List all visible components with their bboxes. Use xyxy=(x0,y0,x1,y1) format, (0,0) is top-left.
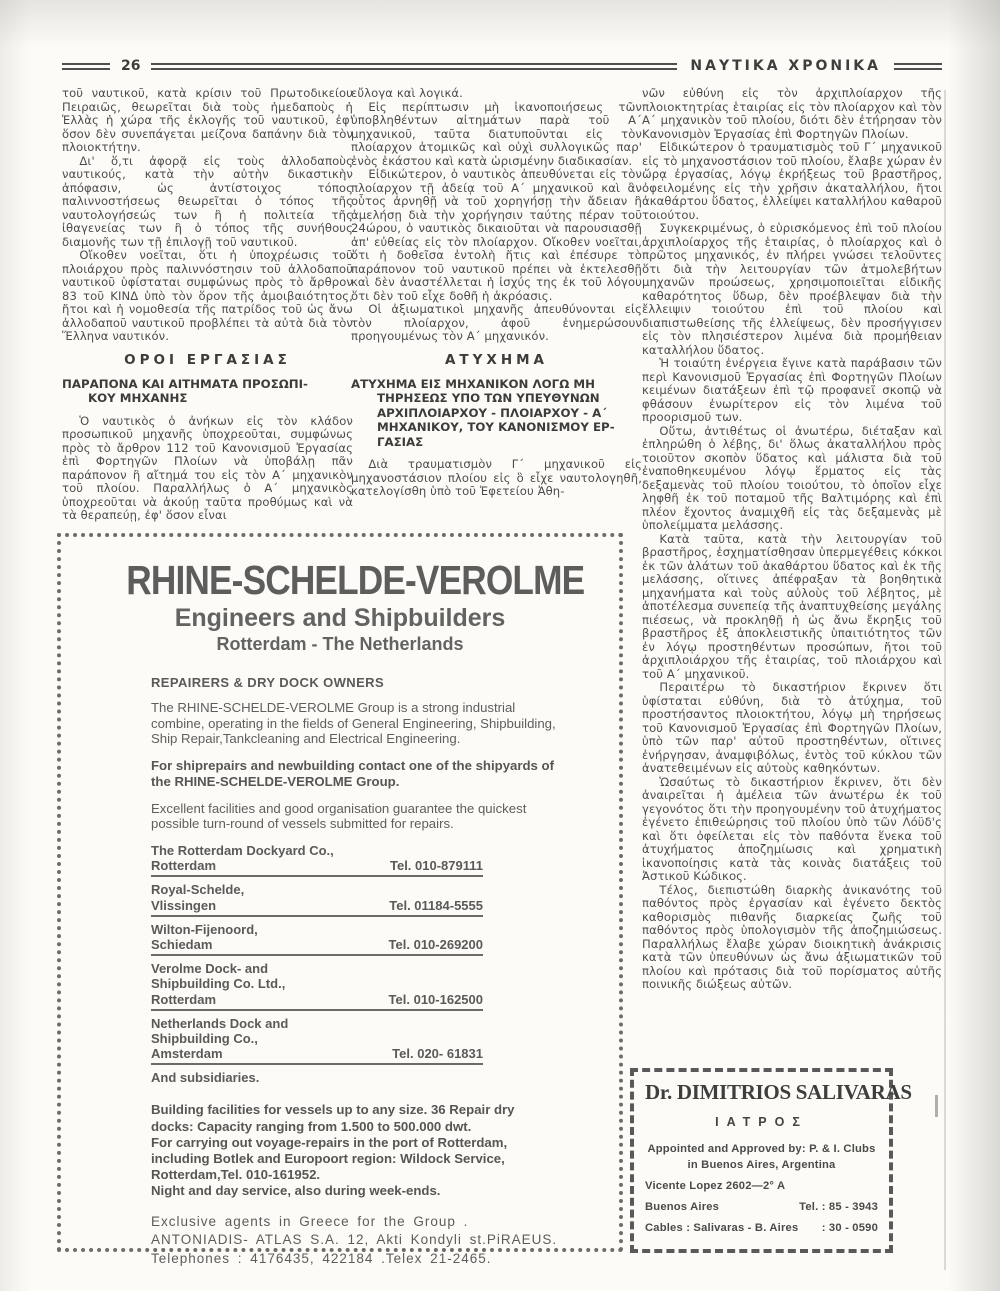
shipyard-name: The Rotterdam Dockyard Co., Rotterdam xyxy=(151,843,334,873)
approved-line: Appointed and Approved by: P. & I. Clubs xyxy=(645,1143,878,1155)
ad-paragraph: The RHINE-SCHELDE-VEROLME Group is a str… xyxy=(151,700,563,747)
section-heading-oroi-ergasias: ΟΡΟΙ ΕΡΓΑΣΙΑΣ xyxy=(62,352,353,368)
cables-number: : 30 - 0590 xyxy=(822,1222,878,1234)
article-subheading: ΠΑΡΑΠΟΝΑ ΚΑΙ ΑΙΤΗΜΑΤΑ ΠΡΟΣΩΠΙ- ΚΟΥ ΜΗΧΑΝ… xyxy=(62,377,353,406)
paragraph: Ἡ τοιαύτη ἐνέργεια ἔγινε κατὰ παράβασιν … xyxy=(642,357,942,425)
column-left: τοῦ ναυτικοῦ, κατὰ κρίσιν τοῦ Πρωτοδικεί… xyxy=(62,87,353,523)
salivaras-ad: Dr. DIMITRIOS SALIVARAS ΙΑΤΡΟΣ Appointed… xyxy=(630,1068,893,1253)
ad-owners-heading: REPAIRERS & DRY DOCK OWNERS xyxy=(151,675,563,690)
paragraph: εὔλογα καὶ λογικά. xyxy=(351,87,642,101)
cables-label: Cables : Salivaras - B. Aires xyxy=(645,1222,798,1234)
journal-title: ΝΑΥΤΙΚΑ ΧΡΟΝΙΚΑ xyxy=(690,58,881,74)
paragraph: Οὕτω, ἀντιθέτως οἱ ἀνωτέρω, διέταξαν καὶ… xyxy=(642,425,942,533)
paragraph: Δι' ὅ,τι ἀφορᾷ εἰς τοὺς ἀλλοδαποὺς ναυτι… xyxy=(62,155,353,250)
paragraph: Συγκεκριμένως, ὁ εὑρισκόμενος ἐπὶ τοῦ πλ… xyxy=(642,222,942,357)
city-label: Buenos Aires xyxy=(645,1201,719,1213)
ad-subtitle: Engineers and Shipbuilders xyxy=(89,604,591,633)
shipyard-tel: Tel. 010-162500 xyxy=(389,992,483,1007)
shipyard-row: Royal-Schelde, Vlissingen Tel. 01184-555… xyxy=(151,882,483,916)
scan-artifact xyxy=(935,1095,938,1117)
shipyard-name: Wilton-Fijenoord, Schiedam xyxy=(151,922,258,952)
shipyard-tel: Tel. 01184-5555 xyxy=(389,898,483,913)
shipyard-row: Netherlands Dock and Shipbuilding Co., A… xyxy=(151,1016,483,1066)
header-rule-left xyxy=(62,63,110,70)
ad-paragraph: Excellent facilities and good organisati… xyxy=(151,801,563,832)
paragraph: Εἰς περίπτωσιν μὴ ἱκανοποιήσεως τῶν ὑποβ… xyxy=(351,101,642,169)
paragraph: Οἱ ἀξιωματικοὶ μηχανῆς ἀπευθύνονται εἰς … xyxy=(351,303,642,344)
ad-body: REPAIRERS & DRY DOCK OWNERS The RHINE-SC… xyxy=(151,675,563,1268)
column-middle: εὔλογα καὶ λογικά. Εἰς περίπτωσιν μὴ ἱκα… xyxy=(351,87,642,499)
shipyard-row: Verolme Dock- and Shipbuilding Co. Ltd.,… xyxy=(151,961,483,1011)
ad-title: RHINE-SCHELDE-VEROLME xyxy=(126,557,584,604)
rhine-schelde-verolme-ad: RHINE-SCHELDE-VEROLME Engineers and Ship… xyxy=(57,533,623,1252)
ad-subsidiaries-note: And subsidiaries. xyxy=(151,1070,563,1085)
page-edge-line xyxy=(944,90,946,1270)
cables-row: Cables : Salivaras - B. Aires : 30 - 059… xyxy=(645,1222,878,1234)
tel-label: Tel. : 85 - 3943 xyxy=(799,1201,878,1213)
scan-shadow-top xyxy=(0,0,1000,48)
paragraph: Ὡσαύτως τὸ δικαστήριον ἔκρινεν, ὅτι δὲν … xyxy=(642,776,942,884)
ad-title-wrap: RHINE-SCHELDE-VEROLME xyxy=(89,557,591,604)
scan-shadow-right xyxy=(948,0,1000,1291)
paragraph: Κατὰ ταῦτα, κατὰ τὴν λειτουργίαν τοῦ βρα… xyxy=(642,533,942,682)
shipyard-row: Wilton-Fijenoord, Schiedam Tel. 010-2692… xyxy=(151,922,483,956)
paragraph: τοῦ ναυτικοῦ, κατὰ κρίσιν τοῦ Πρωτοδικεί… xyxy=(62,87,353,155)
page-header: 26 ΝΑΥΤΙΚΑ ΧΡΟΝΙΚΑ xyxy=(62,57,942,75)
header-rule-right xyxy=(894,63,942,70)
section-heading-atyxima: ΑΤΥΧΗΜΑ xyxy=(351,352,642,368)
shipyard-tel: Tel. 010-269200 xyxy=(389,937,483,952)
scan-shadow-left xyxy=(0,0,30,1291)
column-right: νῶν εὐθύνη εἰς τὸν ἀρχιπλοίαρχον τῆς πλο… xyxy=(642,87,942,992)
address-line: Vicente Lopez 2602—2° A xyxy=(645,1180,878,1192)
ad-agents-line: Telephones : 4176435, 422184 .Telex 21-2… xyxy=(151,1250,587,1269)
doctor-profession: ΙΑΤΡΟΣ xyxy=(645,1115,878,1129)
approved-line: in Buenos Aires, Argentina xyxy=(645,1159,878,1171)
doctor-name: Dr. DIMITRIOS SALIVARAS xyxy=(645,1080,878,1105)
paragraph: Οἴκοθεν νοεῖται, ὅτι ἡ ὑποχρέωσις τοῦ πλ… xyxy=(62,249,353,344)
ad-agents-line: ANTONIADIS- ATLAS S.A. 12, Akti Kondyli … xyxy=(151,1231,587,1250)
ad-paragraph: For shiprepairs and newbuilding contact … xyxy=(151,758,563,789)
paragraph: Ὁ ναυτικὸς ὁ ἀνήκων εἰς τὸν κλάδον προσω… xyxy=(62,415,353,523)
paragraph: Τέλος, διεπιστώθη διαρκὴς ἀνικανότης τοῦ… xyxy=(642,884,942,992)
paragraph: νῶν εὐθύνη εἰς τὸν ἀρχιπλοίαρχον τῆς πλο… xyxy=(642,87,942,141)
city-tel-row: Buenos Aires Tel. : 85 - 3943 xyxy=(645,1201,878,1213)
shipyard-tel: Tel. 020- 61831 xyxy=(392,1046,483,1061)
shipyard-row: The Rotterdam Dockyard Co., Rotterdam Te… xyxy=(151,843,483,877)
ad-agents-block: Exclusive agents in Greece for the Group… xyxy=(151,1213,587,1269)
shipyard-tel: Tel. 010-879111 xyxy=(390,858,483,873)
paragraph: Εἰδικώτερον ὁ τραυματισμὸς τοῦ Γ´ μηχανι… xyxy=(642,141,942,222)
paragraph: Περαιτέρω τὸ δικαστήριον ἔκρινεν ὅτι ὑφί… xyxy=(642,681,942,776)
paragraph: Εἰδικώτερον, ὁ ναυτικὸς ἀπευθύνεται εἰς … xyxy=(351,168,642,303)
header-rule-middle xyxy=(151,63,677,70)
shipyard-table: The Rotterdam Dockyard Co., Rotterdam Te… xyxy=(151,843,563,1065)
shipyard-name: Netherlands Dock and Shipbuilding Co., A… xyxy=(151,1016,288,1062)
magazine-page: 26 ΝΑΥΤΙΚΑ ΧΡΟΝΙΚΑ τοῦ ναυτικοῦ, κατὰ κρ… xyxy=(0,0,1000,1291)
shipyard-name: Royal-Schelde, Vlissingen xyxy=(151,882,244,912)
paragraph: Διὰ τραυματισμὸν Γ´ μηχανικοῦ εἰς μηχανο… xyxy=(351,458,642,499)
article-subheading: ΑΤΥΧΗΜΑ ΕΙΣ ΜΗΧΑΝΙΚΟΝ ΛΟΓΩ ΜΗ ΤΗΡΗΣΕΩΣ Υ… xyxy=(351,377,642,450)
shipyard-name: Verolme Dock- and Shipbuilding Co. Ltd.,… xyxy=(151,961,285,1007)
ad-agents-line: Exclusive agents in Greece for the Group… xyxy=(151,1213,587,1232)
ad-location: Rotterdam - The Netherlands xyxy=(89,634,591,655)
ad-facilities-text: Building facilities for vessels up to an… xyxy=(151,1102,581,1199)
page-number: 26 xyxy=(121,58,140,74)
